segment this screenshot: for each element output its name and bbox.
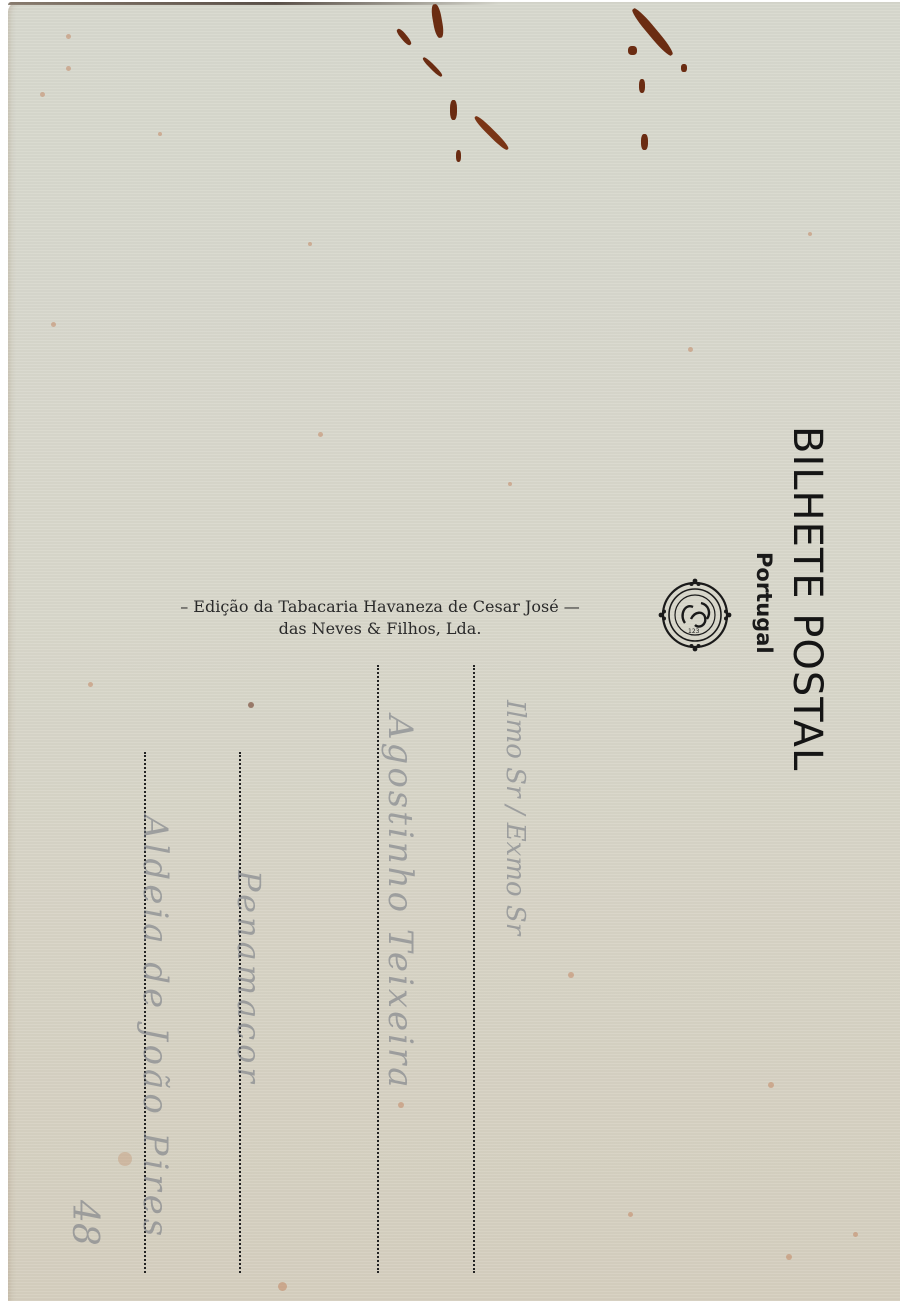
publisher-line-1: – Edição da Tabacaria Havaneza de Cesar …	[110, 596, 650, 618]
publisher-line-2: das Neves & Filhos, Lda.	[110, 618, 650, 640]
handwritten-number: 48	[64, 1200, 105, 1246]
handwritten-village: Aldeia de João Pires	[135, 815, 175, 1240]
publisher-credit: – Edição da Tabacaria Havaneza de Cesar …	[110, 596, 650, 640]
handwritten-recipient-name: Agostinho Teixeira	[380, 715, 420, 1091]
country-label: Portugal	[752, 552, 776, 654]
postcard-title: BILHETE POSTAL	[784, 426, 830, 771]
handwritten-salutation: Ilmo Sr / Exmo Sr	[500, 700, 530, 935]
svg-text:123: 123	[688, 628, 700, 635]
address-line-2	[377, 665, 379, 1273]
address-line-1	[473, 665, 475, 1273]
publisher-emblem-icon: 123	[655, 575, 735, 655]
handwritten-town: Penamacor	[230, 870, 268, 1087]
